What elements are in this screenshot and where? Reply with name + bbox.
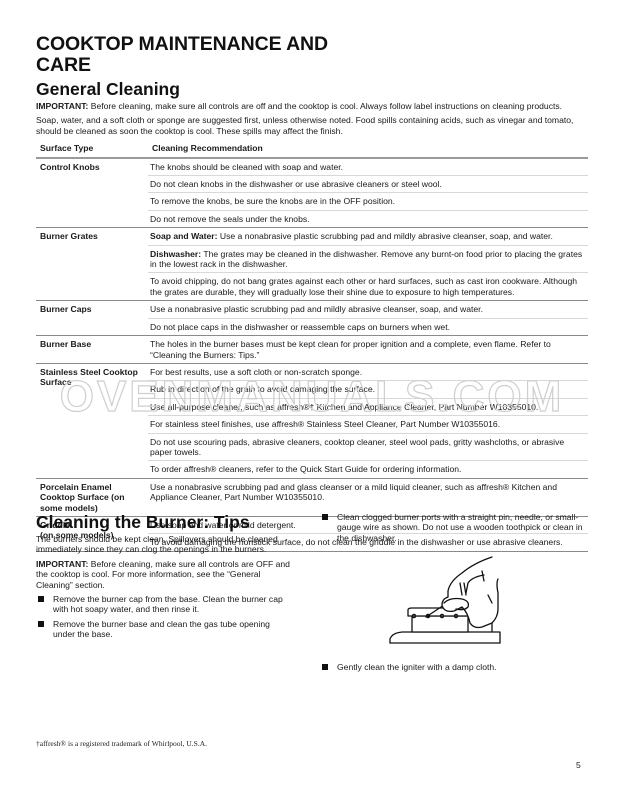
surface-type-cell: Porcelain Enamel Cooktop Surface (on som… — [36, 478, 148, 516]
recommendation-label: Soap and Water: — [150, 231, 217, 241]
general-cleaning-intro: Soap, water, and a soft cloth or sponge … — [36, 115, 588, 136]
recommendation-item: Do not place caps in the dishwasher or r… — [148, 319, 588, 335]
page-title: COOKTOP MAINTENANCE AND CARE — [36, 34, 356, 76]
header-cleaning-recommendation: Cleaning Recommendation — [148, 141, 588, 157]
recommendation-item: Do not clean knobs in the dishwasher or … — [148, 176, 588, 193]
recommendation-text: For stainless steel finishes, use affres… — [150, 419, 500, 429]
table-row: Burner GratesSoap and Water: Use a nonab… — [36, 228, 588, 301]
surface-type-cell: Burner Caps — [36, 301, 148, 336]
recommendation-text: The knobs should be cleaned with soap an… — [150, 162, 343, 172]
recommendation-item: The holes in the burner bases must be ke… — [148, 336, 588, 363]
recommendation-text: Use a nonabrasive scrubbing pad and glas… — [150, 482, 557, 502]
recommendation-text: Do not use scouring pads, abrasive clean… — [150, 437, 564, 457]
recommendation-text: The holes in the burner bases must be ke… — [150, 339, 551, 359]
recommendation-cell: The knobs should be cleaned with soap an… — [148, 158, 588, 228]
important-label: IMPORTANT: — [36, 101, 88, 111]
recommendation-item: Use all-purpose cleaner, such as affresh… — [148, 399, 588, 416]
table-row: Burner BaseThe holes in the burner bases… — [36, 336, 588, 364]
recommendation-item: Rub in direction of the grain to avoid d… — [148, 381, 588, 398]
hand-cleaning-burner-port-illustration — [388, 553, 506, 645]
surface-type-cell: Control Knobs — [36, 158, 148, 228]
recommendation-text: The grates may be cleaned in the dishwas… — [150, 249, 582, 269]
bullet-item: Clean clogged burner ports with a straig… — [320, 512, 588, 543]
burner-tips-right-column: Clean clogged burner ports with a straig… — [320, 512, 588, 677]
table-row: Burner CapsUse a nonabrasive plastic scr… — [36, 301, 588, 336]
burner-tips-intro: The burners should be kept clean. Spillo… — [36, 534, 294, 555]
recommendation-item: To remove the knobs, be sure the knobs a… — [148, 193, 588, 210]
burner-tips-important: IMPORTANT: Before cleaning, make sure al… — [36, 559, 294, 590]
recommendation-text: Do not place caps in the dishwasher or r… — [150, 322, 450, 332]
bullet-item: Remove the burner cap from the base. Cle… — [36, 594, 294, 615]
general-cleaning-heading: General Cleaning — [36, 79, 588, 99]
recommendation-text: Rub in direction of the grain to avoid d… — [150, 384, 375, 394]
recommendation-text: Use a nonabrasive plastic scrubbing pad … — [217, 231, 552, 241]
burner-tips-right-bullets: Clean clogged burner ports with a straig… — [320, 512, 588, 543]
recommendation-text: Do not remove the seals under the knobs. — [150, 214, 310, 224]
burner-tips-heading: Cleaning the Burner: Tips — [36, 512, 294, 532]
bullet-item: Remove the burner base and clean the gas… — [36, 619, 294, 640]
cleaning-table: Surface Type Cleaning Recommendation Con… — [36, 141, 588, 552]
recommendation-item: For best results, use a soft cloth or no… — [148, 364, 588, 381]
recommendation-text: To order affresh® cleaners, refer to the… — [150, 464, 461, 474]
recommendation-text: Do not clean knobs in the dishwasher or … — [150, 179, 442, 189]
header-surface-type: Surface Type — [36, 141, 148, 157]
recommendation-item: Soap and Water: Use a nonabrasive plasti… — [148, 228, 588, 245]
table-row: Stainless Steel Cooktop SurfaceFor best … — [36, 363, 588, 478]
recommendation-text: To avoid chipping, do not bang grates ag… — [150, 276, 577, 296]
recommendation-text: For best results, use a soft cloth or no… — [150, 367, 362, 377]
recommendation-text: Use a nonabrasive plastic scrubbing pad … — [150, 304, 483, 314]
recommendation-cell: Soap and Water: Use a nonabrasive plasti… — [148, 228, 588, 301]
table-header-row: Surface Type Cleaning Recommendation — [36, 141, 588, 157]
recommendation-cell: For best results, use a soft cloth or no… — [148, 363, 588, 478]
recommendation-cell: The holes in the burner bases must be ke… — [148, 336, 588, 364]
page-content: COOKTOP MAINTENANCE AND CARE General Cle… — [36, 34, 588, 552]
recommendation-cell: Use a nonabrasive scrubbing pad and glas… — [148, 478, 588, 516]
recommendation-cell: Use a nonabrasive plastic scrubbing pad … — [148, 301, 588, 336]
recommendation-text: To remove the knobs, be sure the knobs a… — [150, 196, 395, 206]
bullet-item: Gently clean the igniter with a damp clo… — [320, 662, 588, 672]
recommendation-item: Use a nonabrasive scrubbing pad and glas… — [148, 479, 588, 506]
important-label: IMPORTANT: — [36, 559, 88, 569]
general-cleaning-important: IMPORTANT: Before cleaning, make sure al… — [36, 101, 588, 111]
recommendation-label: Dishwasher: — [150, 249, 201, 259]
page-number: 5 — [576, 760, 581, 770]
recommendation-item: Do not use scouring pads, abrasive clean… — [148, 434, 588, 462]
table-body: Control KnobsThe knobs should be cleaned… — [36, 158, 588, 552]
recommendation-item: Dishwasher: The grates may be cleaned in… — [148, 246, 588, 274]
burner-tips-left-column: Cleaning the Burner: Tips The burners sh… — [36, 512, 294, 644]
table-row: Control KnobsThe knobs should be cleaned… — [36, 158, 588, 228]
recommendation-item: The knobs should be cleaned with soap an… — [148, 159, 588, 176]
surface-type-cell: Burner Grates — [36, 228, 148, 301]
recommendation-item: To order affresh® cleaners, refer to the… — [148, 461, 588, 477]
surface-type-cell: Burner Base — [36, 336, 148, 364]
burner-tips-left-bullets: Remove the burner cap from the base. Cle… — [36, 594, 294, 640]
recommendation-item: Do not remove the seals under the knobs. — [148, 211, 588, 227]
table-row: Porcelain Enamel Cooktop Surface (on som… — [36, 478, 588, 516]
surface-type-cell: Stainless Steel Cooktop Surface — [36, 363, 148, 478]
burner-tips-right-bullets-after: Gently clean the igniter with a damp clo… — [320, 662, 588, 672]
important-text: Before cleaning, make sure all controls … — [88, 101, 562, 111]
recommendation-item: Use a nonabrasive plastic scrubbing pad … — [148, 301, 588, 318]
burner-cleaning-illustration — [320, 553, 588, 650]
recommendation-text: Use all-purpose cleaner, such as affresh… — [150, 402, 538, 412]
recommendation-item: For stainless steel finishes, use affres… — [148, 416, 588, 433]
recommendation-item: To avoid chipping, do not bang grates ag… — [148, 273, 588, 300]
trademark-footnote: †affresh® is a registered trademark of W… — [36, 739, 207, 748]
